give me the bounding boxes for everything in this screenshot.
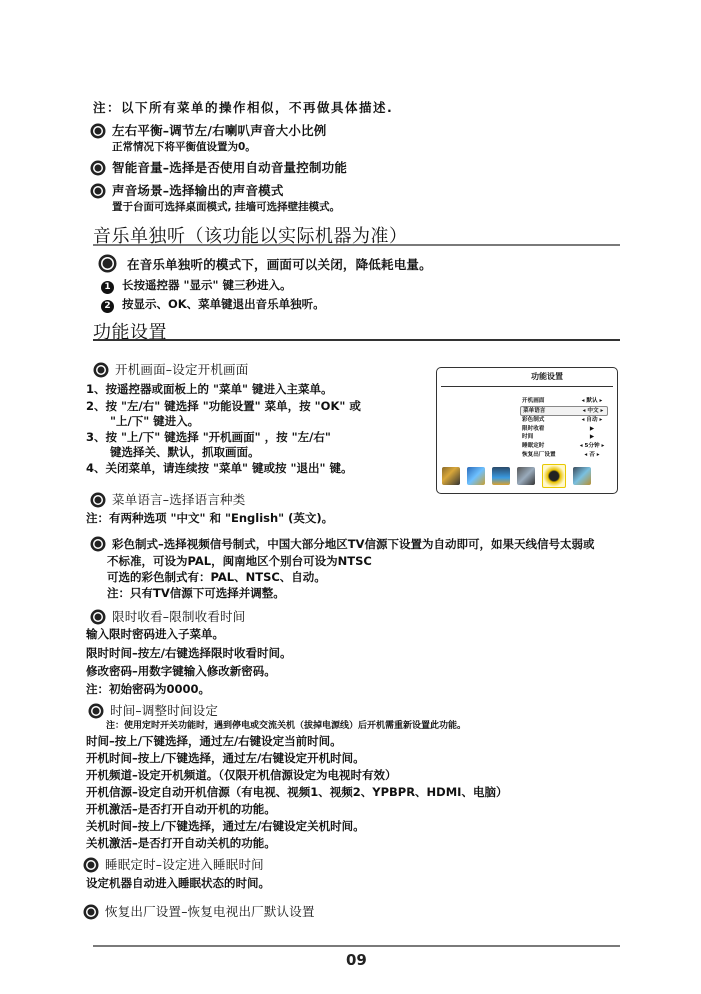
- tv-menu-row: 开机画面◂ 默认 ▸: [522, 397, 612, 406]
- menu-language-note: 注：有两种选项 "中文" 和 "English" (英文)。: [86, 510, 333, 526]
- bullet-icon: [93, 612, 103, 622]
- sound-scene-desc: 置于台面可选择桌面模式, 挂墙可选择壁挂模式。: [112, 199, 340, 214]
- time-line: 开机频道–设定开机频道。（仅限开机信源设定为电视时有效）: [86, 767, 397, 783]
- section-divider: [93, 339, 620, 341]
- tv-menu-row: 彩色制式◂ 自动 ▸: [522, 416, 612, 425]
- color-system-line: 可选的彩色制式有：PAL、NTSC、自动。: [107, 569, 326, 585]
- sleep-timer-desc: 设定机器自动进入睡眠状态的时间。: [86, 875, 270, 891]
- bullet-icon: [86, 860, 96, 870]
- boot-step: 1、按遥控器或面板上的 "菜单" 键进入主菜单。: [86, 381, 333, 397]
- boot-step: 3、按 "上/下" 键选择 "开机画面" ，按 "左/右": [86, 429, 331, 445]
- time-limit-line: 输入限时密码进入子菜单。: [86, 626, 224, 642]
- tv-menu-divider: [441, 386, 613, 387]
- bullet-icon: [93, 495, 103, 505]
- boot-step: 2、按 "左/右" 键选择 "功能设置" 菜单，按 "OK" 或: [86, 398, 361, 414]
- boot-screen-title: 开机画面–设定开机画面: [115, 362, 248, 377]
- bullet-icon: [93, 126, 103, 136]
- time-line: 开机信源–设定自动开机信源（有电视、视频1、视频2、YPBPR、HDMI、电脑）: [86, 784, 507, 800]
- row-value: ◂ 5分钟 ▸: [574, 442, 610, 451]
- time-title: 时间–调整时间设定: [110, 703, 218, 718]
- image-icon: [467, 467, 485, 485]
- footer-divider: [93, 945, 620, 947]
- row-label: 菜单语言: [523, 407, 545, 416]
- boot-step: "上/下" 键进入。: [110, 413, 199, 429]
- time-line: 关机激活–是否打开自动关机的功能。: [86, 835, 276, 851]
- music-step-2: 2按显示、OK、菜单键退出音乐单独听。: [101, 296, 325, 313]
- sleep-timer-item: 睡眠定时–设定进入睡眠时间: [86, 855, 264, 873]
- time-limit-item: 限时收看–限制收看时间: [93, 607, 245, 625]
- row-label: 恢复出厂设置: [522, 451, 556, 460]
- balance-item: 左右平衡–调节左/右喇叭声音大小比例: [93, 121, 326, 139]
- number-2-icon: 2: [101, 300, 114, 313]
- factory-reset-item: 恢复出厂设置–恢复电视出厂默认设置: [86, 902, 315, 920]
- sound-icon: [517, 467, 535, 485]
- bullet-icon: [93, 186, 103, 196]
- time-line: 开机时间–按上/下键选择，通过左/右键设定开机时间。: [86, 750, 365, 766]
- music-step-text: 长按遥控器 "显示" 键三秒进入。: [122, 278, 292, 292]
- row-value-text: 中文: [587, 408, 598, 414]
- boot-step: 键选择关、默认，抓取画面。: [110, 444, 260, 460]
- boot-screen-item: 开机画面–设定开机画面: [96, 360, 248, 378]
- arrow-right-icon: ▶: [574, 433, 610, 442]
- time-limit-line: 限时时间–按左/右键选择限时收看时间。: [86, 645, 291, 661]
- bullet-icon: [101, 257, 114, 270]
- row-value: ◂ 默认 ▸: [574, 397, 610, 406]
- tv-menu-row: 睡眠定时◂ 5分钟 ▸: [522, 442, 612, 451]
- bullet-icon: [93, 163, 103, 173]
- tv-menu-row: 限时收看▶: [522, 425, 612, 434]
- factory-reset-title: 恢复出厂设置–恢复电视出厂默认设置: [105, 904, 315, 919]
- color-system-title: 彩色制式–选择视频信号制式，中国大部分地区TV信源下设置为自动即可，如果天线信号…: [112, 537, 595, 551]
- page-number: 09: [346, 951, 367, 969]
- music-step-1: 1长按遥控器 "显示" 键三秒进入。: [101, 277, 292, 294]
- row-value-text: 否: [589, 452, 595, 458]
- boot-step: 4、关闭菜单，请连续按 "菜单" 键或按 "退出" 键。: [86, 460, 352, 476]
- sleep-timer-title: 睡眠定时–设定进入睡眠时间: [105, 857, 264, 872]
- row-value: ◂ 自动 ▸: [574, 416, 610, 425]
- row-label: 彩色制式: [522, 416, 544, 425]
- intro-note: 注：以下所有菜单的操作相似，不再做具体描述.: [93, 98, 393, 116]
- row-value: ◂ 中文 ▸: [575, 407, 611, 416]
- picture-icon: [442, 467, 460, 485]
- number-1-icon: 1: [101, 281, 114, 294]
- time-line: 开机激活–是否打开自动开机的功能。: [86, 801, 276, 817]
- row-label: 睡眠定时: [522, 442, 544, 451]
- arrow-right-icon: ▶: [574, 425, 610, 434]
- tv-menu-row-selected: 菜单语言◂ 中文 ▸: [520, 406, 608, 417]
- row-label: 开机画面: [522, 397, 544, 406]
- music-bullet: 在音乐单独听的模式下，画面可以关闭，降低耗电量。: [101, 255, 432, 273]
- bullet-icon: [96, 365, 106, 375]
- tv-menu-row: 恢复出厂设置◂ 否 ▸: [522, 451, 612, 460]
- row-label: 时间: [522, 433, 533, 442]
- function-gear-icon: [542, 464, 566, 488]
- tv-menu-icon-bar: [442, 467, 613, 487]
- row-value-text: 自动: [586, 417, 597, 423]
- time-item: 时间–调整时间设定: [91, 701, 218, 719]
- time-limit-title: 限时收看–限制收看时间: [112, 609, 245, 624]
- row-value: ◂ 否 ▸: [574, 451, 610, 460]
- balance-desc: 正常情况下将平衡值设置为0。: [112, 139, 256, 154]
- bullet-icon: [93, 539, 103, 549]
- time-line: 时间–按上/下键选择，通过左/右键设定当前时间。: [86, 733, 342, 749]
- tv-menu-screenshot: 功能设置 开机画面◂ 默认 ▸ 菜单语言◂ 中文 ▸ 彩色制式◂ 自动 ▸ 限时…: [436, 367, 618, 494]
- tv-menu-row: 时间▶: [522, 433, 612, 442]
- menu-language-item: 菜单语言–选择语言种类: [93, 490, 245, 508]
- screen-icon: [492, 467, 510, 485]
- bullet-icon: [86, 907, 96, 917]
- color-system-line: 注：只有TV信源下可选择并调整。: [107, 585, 285, 601]
- time-line: 关机时间–按上/下键选择，通过左/右键设定关机时间。: [86, 818, 365, 834]
- smart-volume-title: 智能音量–选择是否使用自动音量控制功能: [112, 160, 347, 175]
- tv-menu-rows: 开机画面◂ 默认 ▸ 菜单语言◂ 中文 ▸ 彩色制式◂ 自动 ▸ 限时收看▶ 时…: [522, 397, 612, 459]
- sound-scene-item: 声音场景–选择输出的声音模式: [93, 181, 284, 199]
- sound-scene-title: 声音场景–选择输出的声音模式: [112, 183, 284, 198]
- row-label: 限时收看: [522, 425, 544, 434]
- time-limit-line: 注：初始密码为0000。: [86, 681, 210, 697]
- color-system-item: 彩色制式–选择视频信号制式，中国大部分地区TV信源下设置为自动即可，如果天线信号…: [93, 536, 595, 552]
- search-icon: [573, 467, 591, 485]
- music-bullet-text: 在音乐单独听的模式下，画面可以关闭，降低耗电量。: [127, 257, 432, 272]
- time-note: 注：使用定时开关功能时，遇到停电或交流关机（拔掉电源线）后开机需重新设置此功能。: [106, 718, 466, 731]
- music-step-text: 按显示、OK、菜单键退出音乐单独听。: [122, 297, 325, 311]
- tv-menu-title: 功能设置: [437, 371, 617, 382]
- menu-language-title: 菜单语言–选择语言种类: [112, 492, 245, 507]
- bullet-icon: [91, 706, 101, 716]
- color-system-line: 不标准，可设为PAL，闽南地区个别台可设为NTSC: [107, 553, 372, 569]
- section-divider: [93, 244, 620, 246]
- row-value-text: 默认: [586, 398, 597, 404]
- balance-title: 左右平衡–调节左/右喇叭声音大小比例: [112, 123, 326, 138]
- time-limit-line: 修改密码–用数字键输入修改新密码。: [86, 663, 276, 679]
- row-value-text: 5分钟: [584, 443, 599, 449]
- smart-volume-item: 智能音量–选择是否使用自动音量控制功能: [93, 158, 347, 176]
